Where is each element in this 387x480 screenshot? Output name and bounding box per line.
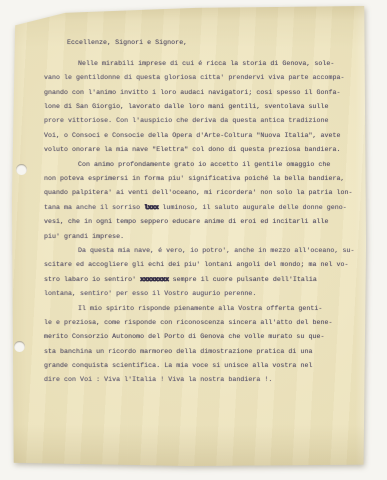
letter-line: non poteva esprimersi in forma piu' sign… xyxy=(44,172,360,186)
punch-hole-bottom xyxy=(14,341,25,352)
letter-line: vesi, che in ogni tempo seppero educare … xyxy=(44,215,360,229)
letter-line: Con animo profondamente grato io accetto… xyxy=(44,158,360,172)
struck-out-word: lxxx xyxy=(144,204,158,211)
letter-line: dire con Voi : Viva l'Italia ! Viva la n… xyxy=(44,373,360,387)
letter-line: prore vittoriose. Con l'auspicio che der… xyxy=(44,114,360,128)
scan-background: Eccellenze, Signori e Signore, Nelle mir… xyxy=(0,0,387,480)
letter-page: Eccellenze, Signori e Signore, Nelle mir… xyxy=(12,6,366,466)
letter-line: grande conquista scientifica. La mia voc… xyxy=(44,359,360,373)
letter-line: gnando con l'animo invitto i loro audaci… xyxy=(44,86,360,100)
letter-line: voluto onorare la mia nave "Elettra" col… xyxy=(44,143,360,157)
letter-line: Da questa mia nave, é vero, io potro', a… xyxy=(44,244,360,258)
letter-line: Il mio spirito risponde pienamente alla … xyxy=(44,302,360,316)
letter-line: le e preziosa, come risponde con riconos… xyxy=(44,316,360,330)
struck-out-word: xxxxxxxx xyxy=(140,276,168,283)
letter-line: lontana, sentiro' per esso il Vostro aug… xyxy=(44,287,360,301)
salutation: Eccellenze, Signori e Signore, xyxy=(67,36,360,50)
line-text: stro labaro io sentiro' xyxy=(44,276,140,283)
line-text: sempre il cuore pulsante dell'Italia xyxy=(169,276,317,283)
letter-line: Nelle mirabili imprese di cui é ricca la… xyxy=(44,57,360,71)
line-text: luminoso, il saluto augurale delle donne… xyxy=(158,204,346,211)
letter-line: merito Consorzio Autonomo del Porto di G… xyxy=(44,330,360,344)
letter-body: Eccellenze, Signori e Signore, Nelle mir… xyxy=(44,36,360,388)
letter-line: piu' grandi imprese. xyxy=(44,230,360,244)
punch-hole-top xyxy=(16,164,27,175)
letter-line: sta banchina un ricordo marmoreo della d… xyxy=(44,345,360,359)
line-text: tana ma anche il sorriso xyxy=(44,204,144,211)
letter-line: stro labaro io sentiro' xxxxxxxx sempre … xyxy=(44,273,360,287)
letter-line: vano le gentildonne di questa gloriosa c… xyxy=(44,71,360,85)
letter-line: scitare ed accogliere gli echi dei piu' … xyxy=(44,258,360,272)
letter-line: quando palpitera' ai venti dell'oceano, … xyxy=(44,186,360,200)
letter-line: tana ma anche il sorriso lxxx luminoso, … xyxy=(44,201,360,215)
letter-line: Voi, o Consoci e Consocie della Opera d'… xyxy=(44,129,360,143)
letter-line: lone di San Giorgio, lavorato dalle loro… xyxy=(44,100,360,114)
